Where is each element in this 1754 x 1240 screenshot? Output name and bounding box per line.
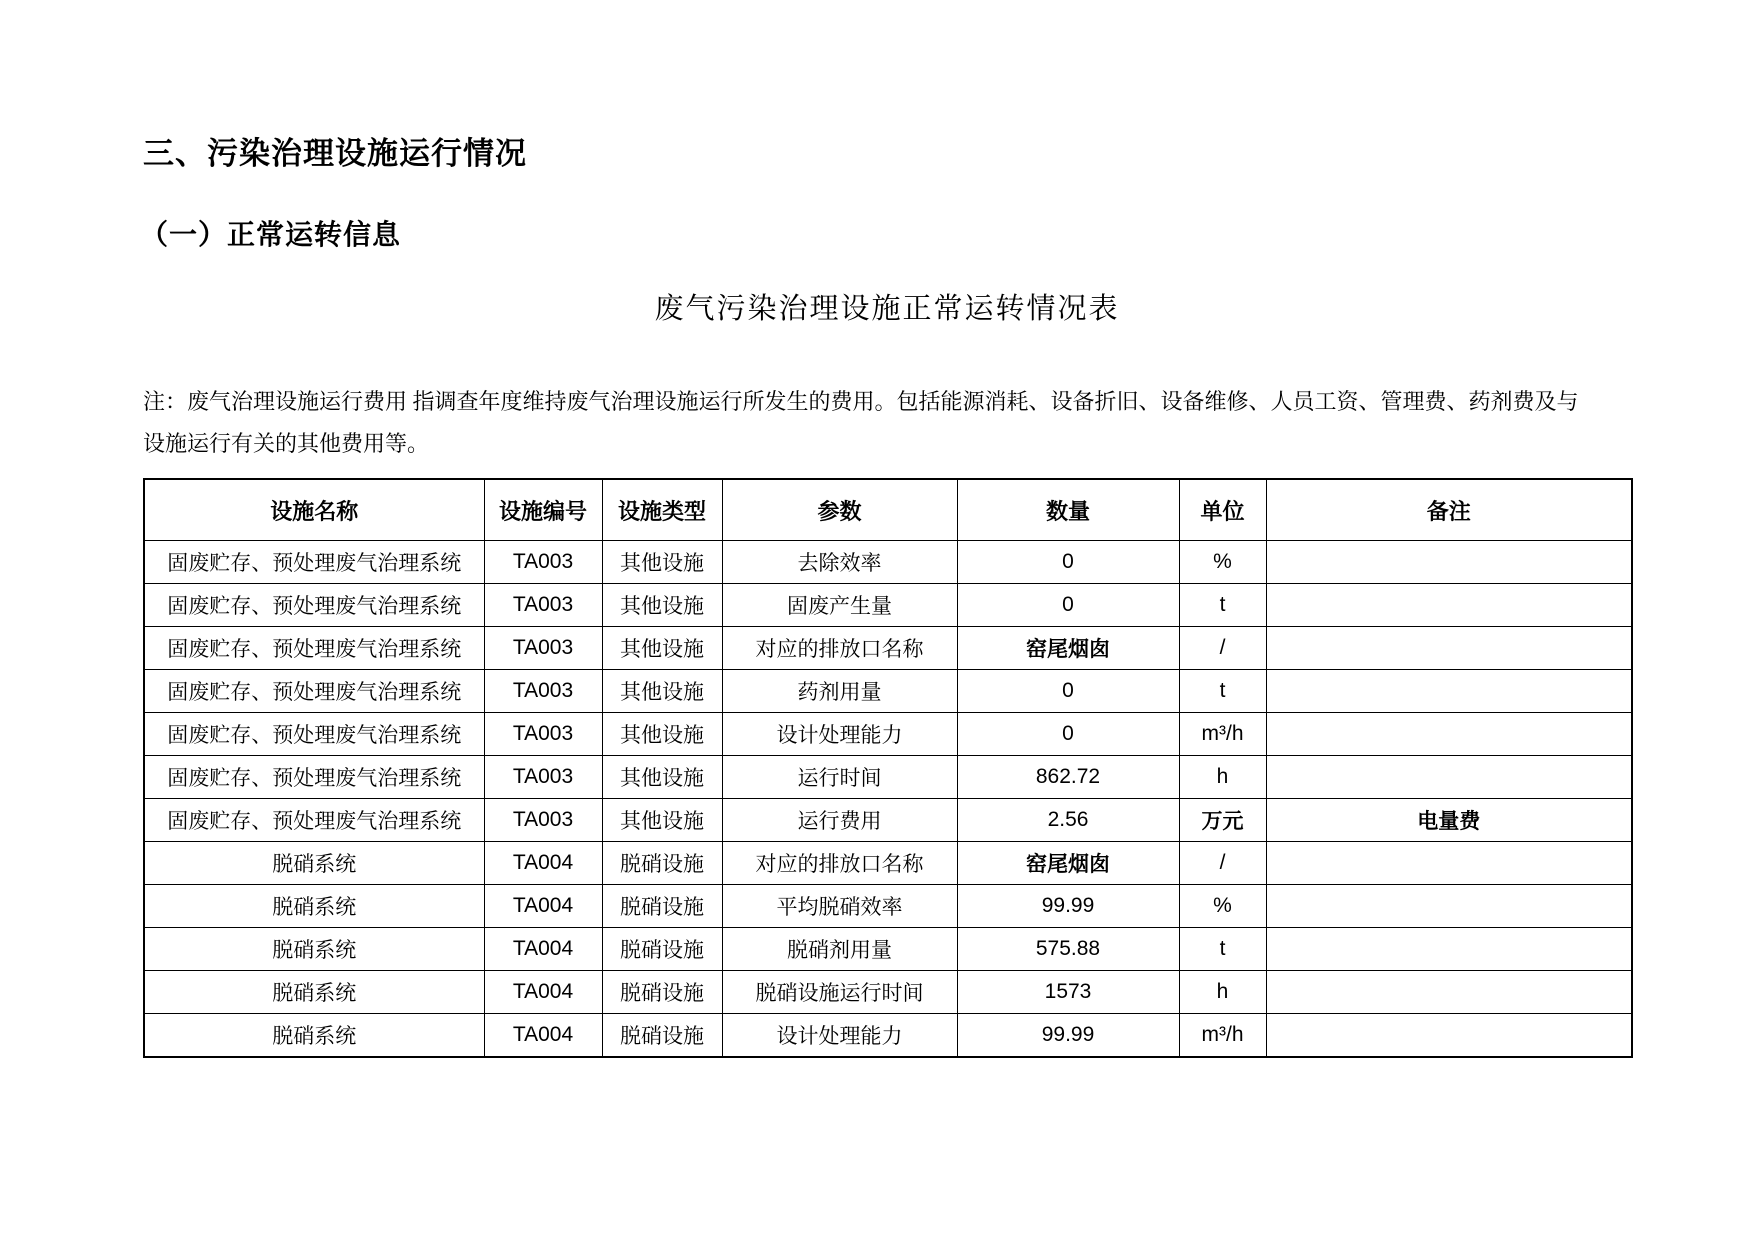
table-cell: 0 bbox=[957, 584, 1179, 627]
table-cell: / bbox=[1179, 627, 1266, 670]
document-page: 三、污染治理设施运行情况 （一）正常运转信息 废气污染治理设施正常运转情况表 注… bbox=[0, 0, 1754, 1240]
table-cell: 固废贮存、预处理废气治理系统 bbox=[144, 713, 484, 756]
table-cell: 其他设施 bbox=[602, 799, 722, 842]
table-cell: t bbox=[1179, 928, 1266, 971]
table-cell bbox=[1266, 842, 1632, 885]
table-cell: 脱硝设施 bbox=[602, 842, 722, 885]
table-cell: 万元 bbox=[1179, 799, 1266, 842]
table-cell: 其他设施 bbox=[602, 541, 722, 584]
table-row: 固废贮存、预处理废气治理系统TA003其他设施对应的排放口名称窑尾烟囱/ bbox=[144, 627, 1632, 670]
table-cell: 电量费 bbox=[1266, 799, 1632, 842]
table-cell: m³/h bbox=[1179, 1014, 1266, 1058]
table-cell: 固废贮存、预处理废气治理系统 bbox=[144, 584, 484, 627]
table-cell: 其他设施 bbox=[602, 670, 722, 713]
table-cell: TA004 bbox=[484, 842, 602, 885]
table-cell: TA004 bbox=[484, 885, 602, 928]
table-cell: 99.99 bbox=[957, 885, 1179, 928]
table-cell: 固废产生量 bbox=[722, 584, 957, 627]
table-cell: 设计处理能力 bbox=[722, 713, 957, 756]
table-cell: TA003 bbox=[484, 713, 602, 756]
table-cell bbox=[1266, 541, 1632, 584]
table-row: 固废贮存、预处理废气治理系统TA003其他设施药剂用量0t bbox=[144, 670, 1632, 713]
table-cell: 固废贮存、预处理废气治理系统 bbox=[144, 799, 484, 842]
column-header: 设施类型 bbox=[602, 479, 722, 541]
table-cell: 其他设施 bbox=[602, 713, 722, 756]
note-line-2: 设施运行有关的其他费用等。 bbox=[143, 423, 1633, 465]
note-line-1: 注：废气治理设施运行费用 指调查年度维持废气治理设施运行所发生的费用。包括能源消… bbox=[143, 381, 1633, 423]
table-cell: 99.99 bbox=[957, 1014, 1179, 1058]
table-cell: 0 bbox=[957, 541, 1179, 584]
table-cell: 2.56 bbox=[957, 799, 1179, 842]
table-row: 固废贮存、预处理废气治理系统TA003其他设施去除效率0% bbox=[144, 541, 1632, 584]
table-cell: 脱硝系统 bbox=[144, 971, 484, 1014]
table-cell: 对应的排放口名称 bbox=[722, 842, 957, 885]
table-cell: 运行时间 bbox=[722, 756, 957, 799]
table-cell: 脱硝系统 bbox=[144, 928, 484, 971]
table-cell: h bbox=[1179, 756, 1266, 799]
column-header: 设施名称 bbox=[144, 479, 484, 541]
table-row: 固废贮存、预处理废气治理系统TA003其他设施固废产生量0t bbox=[144, 584, 1632, 627]
table-cell: 脱硝设施 bbox=[602, 1014, 722, 1058]
table-cell: 脱硝设施 bbox=[602, 885, 722, 928]
table-row: 脱硝系统TA004脱硝设施设计处理能力99.99m³/h bbox=[144, 1014, 1632, 1058]
table-cell: 862.72 bbox=[957, 756, 1179, 799]
table-header-row: 设施名称设施编号设施类型参数数量单位备注 bbox=[144, 479, 1632, 541]
table-cell bbox=[1266, 1014, 1632, 1058]
table-cell: 窑尾烟囱 bbox=[957, 627, 1179, 670]
table-cell bbox=[1266, 670, 1632, 713]
table-cell: 其他设施 bbox=[602, 584, 722, 627]
table-cell: 脱硝设施 bbox=[602, 971, 722, 1014]
table-cell: % bbox=[1179, 541, 1266, 584]
table-cell: TA004 bbox=[484, 1014, 602, 1058]
table-cell: TA004 bbox=[484, 971, 602, 1014]
table-cell: 0 bbox=[957, 713, 1179, 756]
table-row: 固废贮存、预处理废气治理系统TA003其他设施设计处理能力0m³/h bbox=[144, 713, 1632, 756]
table-cell: 脱硝系统 bbox=[144, 1014, 484, 1058]
table-cell: 脱硝系统 bbox=[144, 842, 484, 885]
column-header: 参数 bbox=[722, 479, 957, 541]
table-cell: 0 bbox=[957, 670, 1179, 713]
table-cell: 窑尾烟囱 bbox=[957, 842, 1179, 885]
table-cell: / bbox=[1179, 842, 1266, 885]
table-cell: 其他设施 bbox=[602, 756, 722, 799]
table-cell: 对应的排放口名称 bbox=[722, 627, 957, 670]
table-cell: 脱硝设施运行时间 bbox=[722, 971, 957, 1014]
table-cell bbox=[1266, 928, 1632, 971]
table-cell: TA004 bbox=[484, 928, 602, 971]
table-cell: 固废贮存、预处理废气治理系统 bbox=[144, 756, 484, 799]
table-cell: m³/h bbox=[1179, 713, 1266, 756]
table-cell: 设计处理能力 bbox=[722, 1014, 957, 1058]
table-cell: TA003 bbox=[484, 670, 602, 713]
table-cell: TA003 bbox=[484, 799, 602, 842]
table-cell: TA003 bbox=[484, 541, 602, 584]
table-cell: TA003 bbox=[484, 584, 602, 627]
table-cell: 运行费用 bbox=[722, 799, 957, 842]
subsection-heading: （一）正常运转信息 bbox=[140, 213, 401, 253]
table-cell: TA003 bbox=[484, 756, 602, 799]
table-cell bbox=[1266, 885, 1632, 928]
table-cell bbox=[1266, 756, 1632, 799]
table-cell: 脱硝设施 bbox=[602, 928, 722, 971]
table-cell: 575.88 bbox=[957, 928, 1179, 971]
table-row: 脱硝系统TA004脱硝设施对应的排放口名称窑尾烟囱/ bbox=[144, 842, 1632, 885]
column-header: 设施编号 bbox=[484, 479, 602, 541]
table-cell: 脱硝系统 bbox=[144, 885, 484, 928]
table-cell: 其他设施 bbox=[602, 627, 722, 670]
table-cell: 脱硝剂用量 bbox=[722, 928, 957, 971]
table-cell: TA003 bbox=[484, 627, 602, 670]
table-cell: 平均脱硝效率 bbox=[722, 885, 957, 928]
column-header: 单位 bbox=[1179, 479, 1266, 541]
table-cell bbox=[1266, 971, 1632, 1014]
table-cell bbox=[1266, 627, 1632, 670]
table-cell: % bbox=[1179, 885, 1266, 928]
note-paragraph: 注：废气治理设施运行费用 指调查年度维持废气治理设施运行所发生的费用。包括能源消… bbox=[143, 381, 1633, 465]
table-row: 固废贮存、预处理废气治理系统TA003其他设施运行费用2.56万元电量费 bbox=[144, 799, 1632, 842]
table-cell: 固废贮存、预处理废气治理系统 bbox=[144, 541, 484, 584]
table-row: 脱硝系统TA004脱硝设施脱硝设施运行时间1573h bbox=[144, 971, 1632, 1014]
table-cell bbox=[1266, 713, 1632, 756]
table-cell: 固废贮存、预处理废气治理系统 bbox=[144, 670, 484, 713]
table-cell: 固废贮存、预处理废气治理系统 bbox=[144, 627, 484, 670]
table-cell: t bbox=[1179, 670, 1266, 713]
table-cell: 1573 bbox=[957, 971, 1179, 1014]
table-row: 脱硝系统TA004脱硝设施平均脱硝效率99.99% bbox=[144, 885, 1632, 928]
table-row: 固废贮存、预处理废气治理系统TA003其他设施运行时间862.72h bbox=[144, 756, 1632, 799]
column-header: 备注 bbox=[1266, 479, 1632, 541]
table-row: 脱硝系统TA004脱硝设施脱硝剂用量575.88t bbox=[144, 928, 1632, 971]
table-cell: 去除效率 bbox=[722, 541, 957, 584]
column-header: 数量 bbox=[957, 479, 1179, 541]
table-cell: t bbox=[1179, 584, 1266, 627]
facility-operation-table: 设施名称设施编号设施类型参数数量单位备注 固废贮存、预处理废气治理系统TA003… bbox=[143, 478, 1633, 1058]
section-heading: 三、污染治理设施运行情况 bbox=[143, 128, 527, 173]
table-cell: h bbox=[1179, 971, 1266, 1014]
table-cell: 药剂用量 bbox=[722, 670, 957, 713]
table-cell bbox=[1266, 584, 1632, 627]
table-title: 废气污染治理设施正常运转情况表 bbox=[143, 286, 1631, 327]
